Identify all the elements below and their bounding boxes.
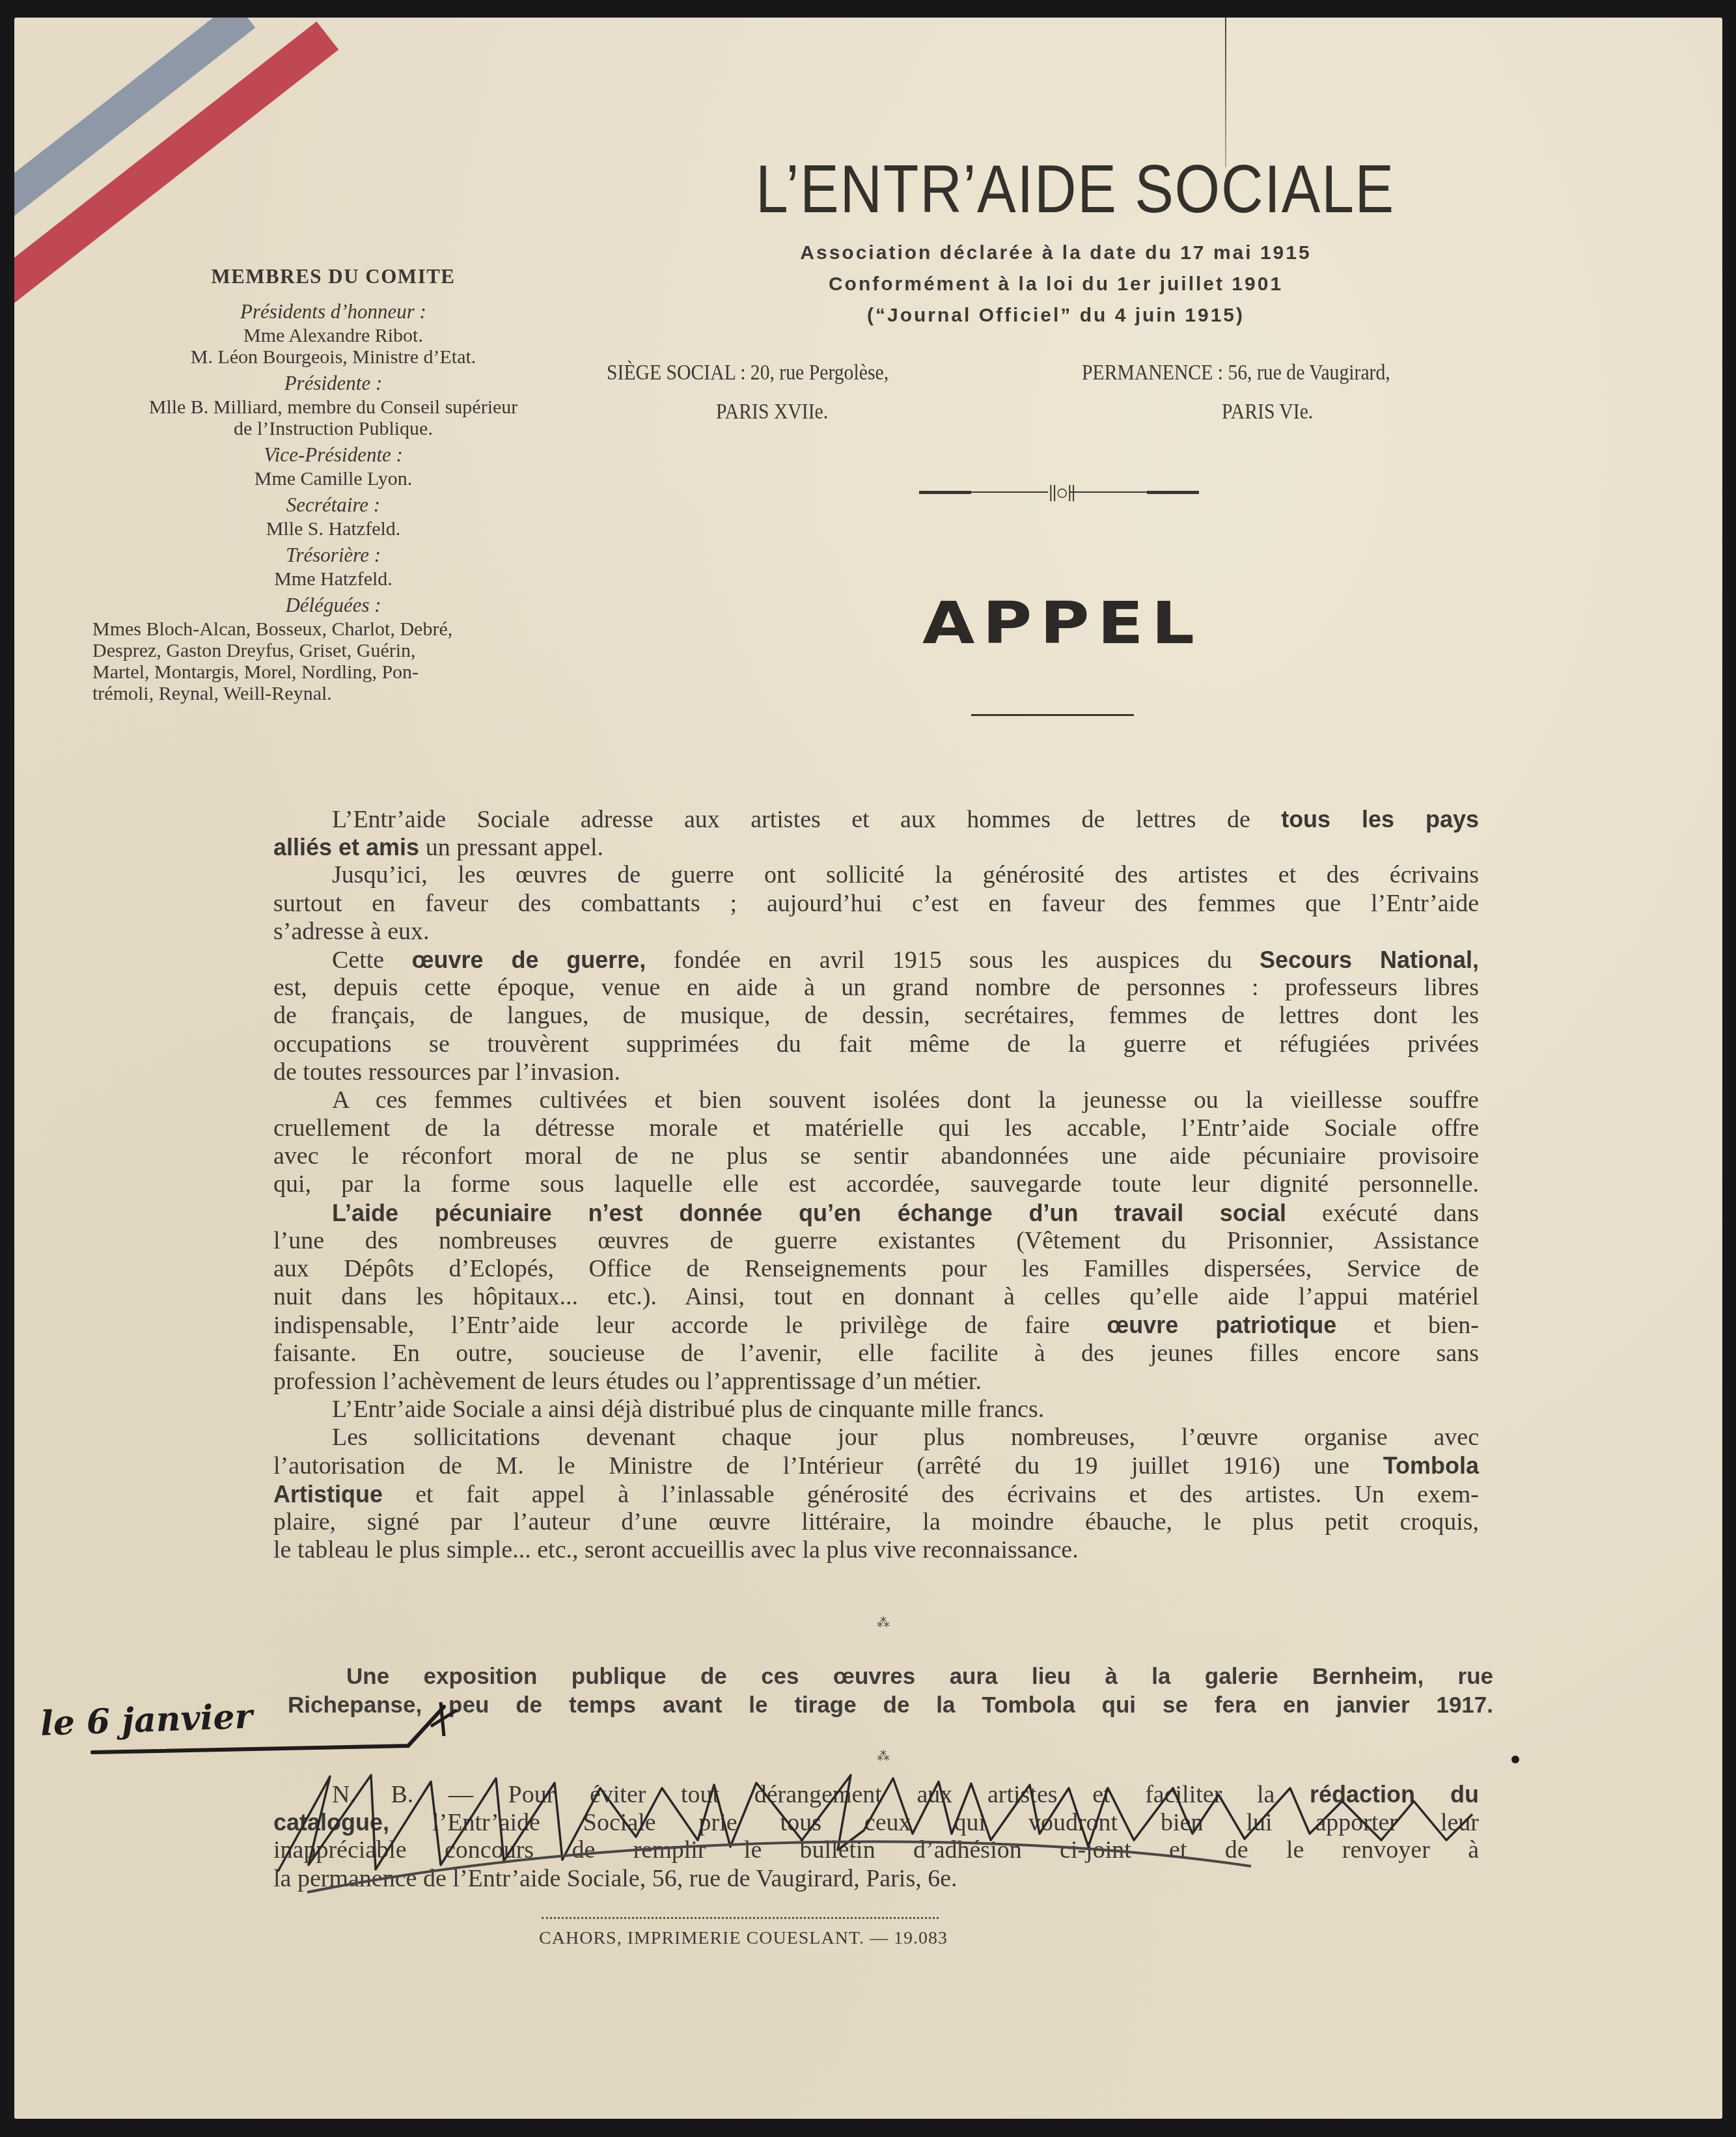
divider-thin-right <box>1070 491 1147 493</box>
committee-role: Vice-Présidente : <box>79 442 587 468</box>
text-line: l’une des nombreuses œuvres de guerre ex… <box>273 1227 1479 1255</box>
exposition-line-2: Richepanse, peu de temps avant le tirage… <box>288 1691 1493 1720</box>
committee-heading: MEMBRES DU COMITE <box>79 265 587 288</box>
committee-member: Mme Alexandre Ribot. <box>79 325 587 346</box>
nota-bene-text: N. B. — Pour éviter tout dérangement aux… <box>273 1780 1479 1893</box>
committee-role: Trésorière : <box>79 542 587 568</box>
association-line-3: (“Journal Officiel” du 4 juin 1915) <box>652 305 1459 327</box>
text-run: l’autorisation de M. le Ministre de l’In… <box>273 1452 1383 1480</box>
text-run: l’Entr’aide Sociale prie tous ceux qui v… <box>389 1809 1479 1836</box>
text-line: L’Entr’aide Sociale adresse aux artistes… <box>273 805 1479 833</box>
printer-imprint: CAHORS, IMPRIMERIE COUESLANT. — 19.083 <box>535 1928 952 1949</box>
text-run: L’Entr’aide Sociale a ainsi déjà distrib… <box>332 1396 1044 1423</box>
divider-bar-left <box>919 491 971 494</box>
text-line: catalogue, l’Entr’aide Sociale prie tous… <box>273 1808 1479 1836</box>
text-run: fondée en avril 1915 sous les auspices d… <box>646 946 1260 974</box>
association-line-2: Conformément à la loi du 1er juillet 190… <box>652 273 1459 296</box>
text-line: avec le réconfort moral de ne plus se se… <box>273 1142 1479 1170</box>
text-run: de toutes ressources par l’invasion. <box>273 1058 620 1086</box>
exposition-notice: Une exposition publique de ces œuvres au… <box>288 1662 1493 1720</box>
asterism-icon: ⁂ <box>864 1749 903 1762</box>
text-run: s’adresse à eux. <box>273 918 430 945</box>
heading-underline-rule <box>971 714 1134 716</box>
text-line: plaire, signé par l’auteur d’une œuvre l… <box>273 1508 1479 1536</box>
emphasized-text: œuvre patriotique <box>1107 1312 1336 1338</box>
committee-member: Desprez, Gaston Dreyfus, Griset, Guérin, <box>79 640 587 661</box>
text-run: avec le réconfort moral de ne plus se se… <box>273 1142 1479 1170</box>
text-run: Les sollicitations devenant chaque jour … <box>332 1424 1479 1451</box>
emphasized-text: alliés et amis <box>273 834 419 861</box>
divider-thin-left <box>971 491 1048 493</box>
association-line-1: Association déclarée à la date du 17 mai… <box>652 242 1459 264</box>
text-run: Jusqu’ici, les œuvres de guerre ont soll… <box>332 861 1479 889</box>
siege-social-address: SIÈGE SOCIAL : 20, rue Pergolèse, <box>607 361 889 385</box>
text-line: faisante. En outre, soucieuse de l’aveni… <box>273 1340 1479 1368</box>
appel-heading: APPEL <box>880 589 1245 657</box>
text-line: l’autorisation de M. le Ministre de l’In… <box>273 1452 1479 1480</box>
text-line: le tableau le plus simple... etc., seron… <box>273 1536 1479 1564</box>
text-run: nuit dans les hôpitaux... etc.). Ainsi, … <box>273 1283 1479 1310</box>
committee-role: Déléguées : <box>79 592 587 618</box>
text-line: surtout en faveur des combattants ; aujo… <box>273 890 1479 918</box>
text-line: profession l’achèvement de leurs études … <box>273 1368 1479 1396</box>
text-run: L’Entr’aide Sociale adresse aux artistes… <box>332 806 1281 833</box>
text-line: s’adresse à eux. <box>273 918 1479 946</box>
committee-member: M. Léon Bourgeois, Ministre d’Etat. <box>79 346 587 368</box>
asterism-icon: ⁂ <box>864 1616 903 1629</box>
text-run: N. B. — Pour éviter tout dérangement aux… <box>332 1781 1310 1808</box>
emphasized-text: rédaction du <box>1310 1781 1479 1808</box>
committee-role: Présidente : <box>79 370 587 396</box>
ornamental-divider: ‖○‖ <box>919 483 1199 503</box>
text-line: aux Dépôts d’Eclopés, Office de Renseign… <box>273 1255 1479 1283</box>
emphasized-text: Artistique <box>273 1481 383 1508</box>
text-run: la permanence de l’Entr’aide Sociale, 56… <box>273 1865 958 1892</box>
text-run: inappréciable concours de remplir le bul… <box>273 1836 1479 1864</box>
text-run: et fait appel à l’inlassable générosité … <box>383 1481 1479 1508</box>
emphasized-text: L’aide pécuniaire n’est donnée qu’en éch… <box>332 1200 1286 1226</box>
committee-member: de l’Instruction Publique. <box>79 418 587 439</box>
text-line: Jusqu’ici, les œuvres de guerre ont soll… <box>273 861 1479 889</box>
permanence-city: PARIS VIe. <box>1222 400 1313 424</box>
text-line: de français, de langues, de musique, de … <box>273 1002 1479 1030</box>
permanence-address: PERMANENCE : 56, rue de Vaugirard, <box>1082 361 1390 385</box>
text-line: L’aide pécuniaire n’est donnée qu’en éch… <box>273 1199 1479 1227</box>
text-line: qui, par la forme sous laquelle elle est… <box>273 1170 1479 1198</box>
text-run: de français, de langues, de musique, de … <box>273 1002 1479 1029</box>
committee-role: Présidents d’honneur : <box>79 299 587 325</box>
text-line: N. B. — Pour éviter tout dérangement aux… <box>273 1780 1479 1808</box>
text-line: A ces femmes cultivées et bien souvent i… <box>273 1086 1479 1114</box>
appeal-body-text: L’Entr’aide Sociale adresse aux artistes… <box>273 805 1479 1564</box>
text-run: un pressant appel. <box>419 834 603 861</box>
committee-member: Mme Camille Lyon. <box>79 468 587 489</box>
siege-social-city: PARIS XVIIe. <box>716 400 828 424</box>
committee-sections: Présidents d’honneur :Mme Alexandre Ribo… <box>79 299 587 704</box>
text-run: qui, par la forme sous laquelle elle est… <box>273 1170 1479 1198</box>
document-page: L’ENTR’AIDE SOCIALE Association déclarée… <box>14 18 1722 2119</box>
handwritten-date-note: le 6 janvier <box>40 1696 253 1743</box>
text-line: Artistique et fait appel à l’inlassable … <box>273 1480 1479 1508</box>
text-line: cruellement de la détresse morale et mat… <box>273 1114 1479 1142</box>
committee-member: Mlle B. Milliard, membre du Conseil supé… <box>79 396 587 418</box>
text-line: nuit dans les hôpitaux... etc.). Ainsi, … <box>273 1283 1479 1311</box>
text-line: occupations se trouvèrent supprimées du … <box>273 1030 1479 1058</box>
exposition-line-1: Une exposition publique de ces œuvres au… <box>288 1662 1493 1691</box>
text-line: L’Entr’aide Sociale a ainsi déjà distrib… <box>273 1396 1479 1424</box>
text-run: Cette <box>332 946 412 974</box>
text-run: A ces femmes cultivées et bien souvent i… <box>332 1086 1479 1114</box>
text-run: exécuté dans <box>1286 1200 1479 1227</box>
text-line: est, depuis cette époque, venue en aide … <box>273 974 1479 1002</box>
committee-member: Martel, Montargis, Morel, Nordling, Pon- <box>79 661 587 683</box>
text-run: surtout en faveur des combattants ; aujo… <box>273 890 1479 917</box>
paper-crease <box>1225 18 1226 167</box>
text-run: aux Dépôts d’Eclopés, Office de Renseign… <box>273 1255 1479 1282</box>
divider-center-ornament-icon: ‖○‖ <box>1048 483 1070 501</box>
text-run: est, depuis cette époque, venue en aide … <box>273 974 1479 1001</box>
committee-member: trémoli, Reynal, Weill-Reynal. <box>79 683 587 704</box>
emphasized-text: tous les pays <box>1281 806 1479 833</box>
text-line: Les sollicitations devenant chaque jour … <box>273 1424 1479 1452</box>
text-line: inappréciable concours de remplir le bul… <box>273 1836 1479 1864</box>
text-run: profession l’achèvement de leurs études … <box>273 1368 982 1395</box>
text-line: indispensable, l’Entr’aide leur accorde … <box>273 1311 1479 1339</box>
organization-title: L’ENTR’AIDE SOCIALE <box>711 151 1439 228</box>
text-line: de toutes ressources par l’invasion. <box>273 1058 1479 1086</box>
text-run: cruellement de la détresse morale et mat… <box>273 1114 1479 1142</box>
divider-bar-right <box>1147 491 1199 494</box>
text-run: et bien- <box>1336 1312 1479 1339</box>
committee-member: Mlle S. Hatzfeld. <box>79 518 587 540</box>
emphasized-text: catalogue, <box>273 1809 389 1836</box>
printer-rule <box>542 1917 939 1919</box>
text-line: alliés et amis un pressant appel. <box>273 833 1479 861</box>
committee-member: Mmes Bloch-Alcan, Bosseux, Charlot, Debr… <box>79 618 587 640</box>
text-run: l’une des nombreuses œuvres de guerre ex… <box>273 1227 1479 1254</box>
text-run: indispensable, l’Entr’aide leur accorde … <box>273 1312 1107 1339</box>
committee-member: Mme Hatzfeld. <box>79 568 587 590</box>
text-run: plaire, signé par l’auteur d’une œuvre l… <box>273 1508 1479 1536</box>
text-run: faisante. En outre, soucieuse de l’aveni… <box>273 1340 1479 1367</box>
text-line: Cette œuvre de guerre, fondée en avril 1… <box>273 946 1479 974</box>
emphasized-text: œuvre de guerre, <box>412 946 646 973</box>
committee-role: Secrétaire : <box>79 492 587 518</box>
text-line: la permanence de l’Entr’aide Sociale, 56… <box>273 1865 1479 1893</box>
text-run: le tableau le plus simple... etc., seron… <box>273 1536 1079 1564</box>
text-run: occupations se trouvèrent supprimées du … <box>273 1030 1479 1058</box>
emphasized-text: Secours National, <box>1260 946 1479 973</box>
emphasized-text: Tombola <box>1383 1452 1479 1479</box>
committee-members: MEMBRES DU COMITE Présidents d’honneur :… <box>79 265 587 704</box>
